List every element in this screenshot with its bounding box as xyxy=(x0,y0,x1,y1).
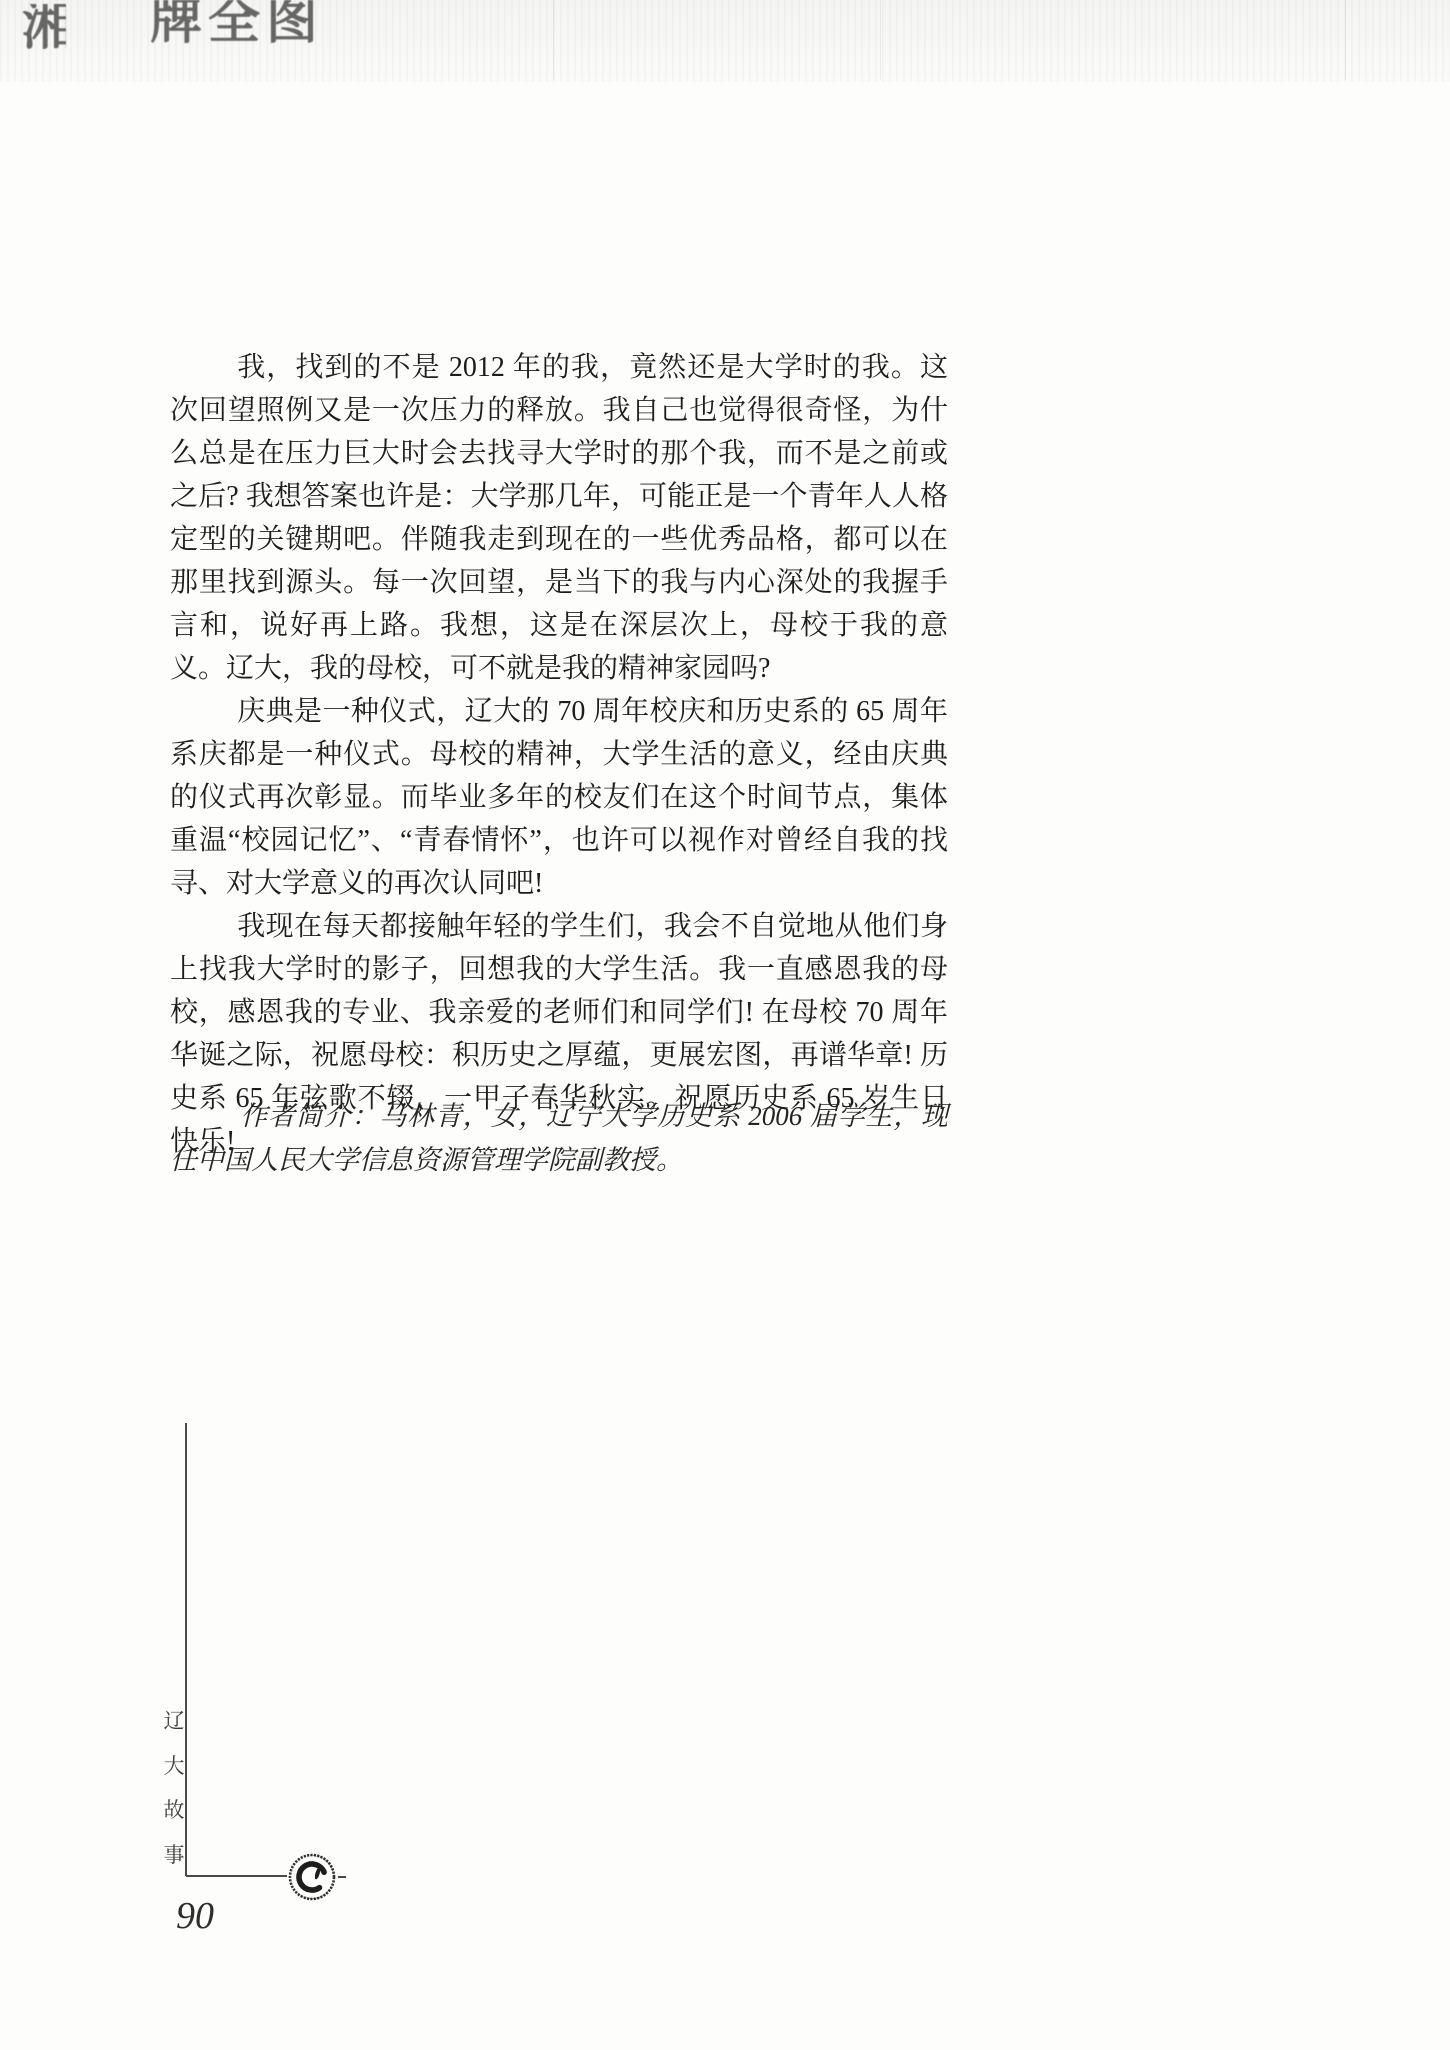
author-bio: 作者简介：马林青，女，辽宁大学历史系 2006 届学生，现任中国人民大学信息资源… xyxy=(170,1094,948,1182)
scan-hairline xyxy=(880,0,881,80)
series-title-char: 辽 xyxy=(160,1700,188,1745)
scan-edge-band: 湘 牌全图 xyxy=(0,0,1450,82)
sidebar-horizontal-rule xyxy=(186,1875,287,1877)
series-title-char: 大 xyxy=(160,1745,188,1790)
scan-hairline xyxy=(1345,0,1346,80)
series-title-vertical: 辽 大 故 事 xyxy=(160,1700,188,1878)
author-bio-text: 作者简介：马林青，女，辽宁大学历史系 2006 届学生，现任中国人民大学信息资源… xyxy=(170,1094,948,1182)
scan-glyph-fragment-text: 牌全图 xyxy=(150,0,318,50)
article-paragraph: 我，找到的不是 2012 年的我，竟然还是大学时的我。这次回望照例又是一次压力的… xyxy=(170,346,948,690)
scan-hairline xyxy=(553,0,554,80)
series-title-char: 故 xyxy=(160,1789,188,1834)
scan-glyph-fragment: 湘 xyxy=(22,4,66,58)
page-background: 湘 牌全图 我，找到的不是 2012 年的我，竟然还是大学时的我。这次回望照例又… xyxy=(0,0,1450,2050)
article-paragraph: 庆典是一种仪式，辽大的 70 周年校庆和历史系的 65 周年系庆都是一种仪式。母… xyxy=(170,690,948,905)
publisher-stamp-icon xyxy=(287,1852,337,1902)
sidebar-rule-stub xyxy=(338,1876,346,1878)
series-title-char: 事 xyxy=(160,1834,188,1879)
scan-glyph-fragment-text: 湘 xyxy=(22,4,66,56)
article-body: 我，找到的不是 2012 年的我，竟然还是大学时的我。这次回望照例又是一次压力的… xyxy=(170,346,948,1163)
scan-glyph-fragment-row: 牌全图 xyxy=(150,0,318,58)
page-number: 90 xyxy=(176,1894,236,1938)
scanned-book-page: { "article": { "paragraphs": [ "我，找到的不是 … xyxy=(0,0,1450,2050)
